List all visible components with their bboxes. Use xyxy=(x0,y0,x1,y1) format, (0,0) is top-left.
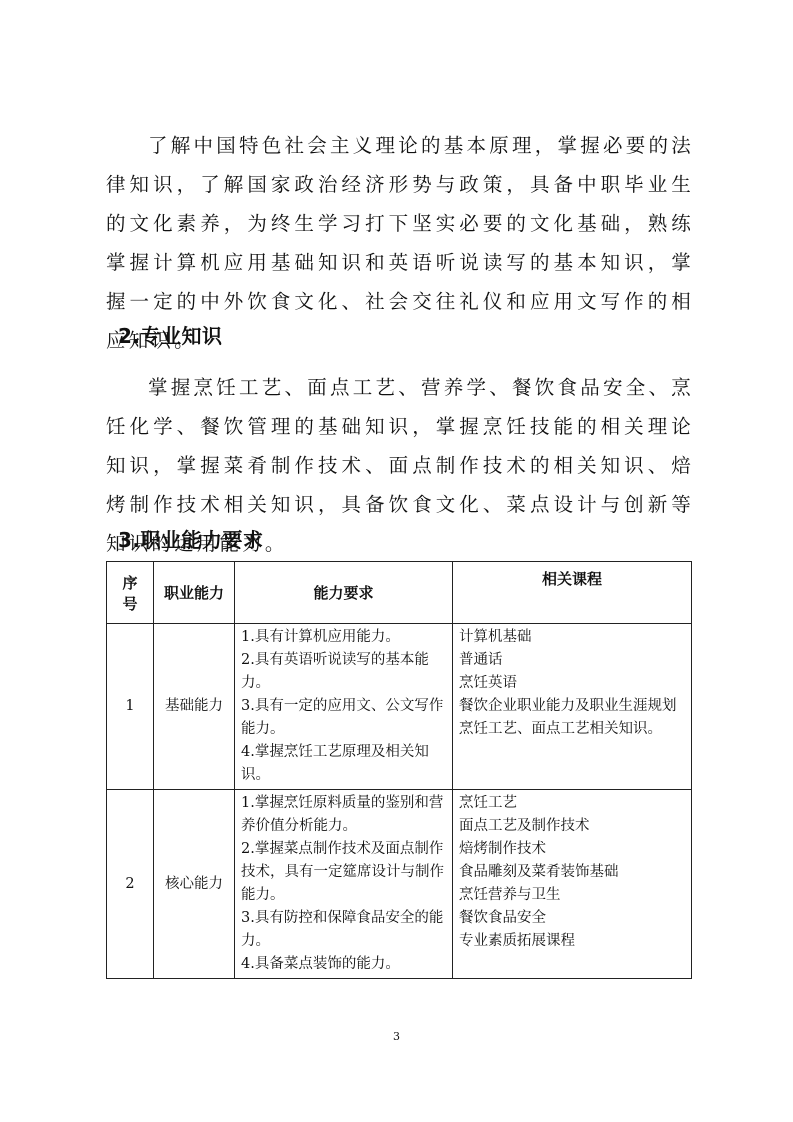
header-requirements: 能力要求 xyxy=(235,562,453,624)
table-row: 1 基础能力 1.具有计算机应用能力。 2.具有英语听说读写的基本能力。 3.具… xyxy=(107,624,692,790)
header-index-line2: 号 xyxy=(113,593,147,614)
requirement-item: 3.具有一定的应用文、公文写作能力。 xyxy=(241,695,446,741)
header-courses: 相关课程 xyxy=(453,562,692,624)
requirement-item: 2.具有英语听说读写的基本能力。 xyxy=(241,649,446,695)
course-item: 专业素质拓展课程 xyxy=(459,930,685,953)
course-item: 餐饮企业职业能力及职业生涯规划 xyxy=(459,695,685,718)
course-item: 烹饪工艺 xyxy=(459,792,685,815)
course-item: 烹饪工艺、面点工艺相关知识。 xyxy=(459,718,685,741)
requirement-item: 4.掌握烹饪工艺原理及相关知识。 xyxy=(241,741,446,787)
header-index: 序 号 xyxy=(107,562,154,624)
requirement-item: 1.掌握烹饪原料质量的鉴别和营养价值分析能力。 xyxy=(241,792,446,838)
course-item: 烹饪英语 xyxy=(459,672,685,695)
row-courses: 烹饪工艺 面点工艺及制作技术 焙烤制作技术 食品雕刻及菜肴装饰基础 烹饪营养与卫… xyxy=(453,790,692,979)
row-ability: 核心能力 xyxy=(154,790,235,979)
table-row: 2 核心能力 1.掌握烹饪原料质量的鉴别和营养价值分析能力。 2.掌握菜点制作技… xyxy=(107,790,692,979)
section-heading-professional-knowledge: 2.专业知识 xyxy=(118,320,223,349)
requirement-item: 3.具有防控和保障食品安全的能力。 xyxy=(241,907,446,953)
row-index: 2 xyxy=(107,790,154,979)
table-header-row: 序 号 职业能力 能力要求 相关课程 xyxy=(107,562,692,624)
row-ability: 基础能力 xyxy=(154,624,235,790)
section-heading-vocational-ability: 3.职业能力要求 xyxy=(118,524,264,553)
course-item: 普通话 xyxy=(459,649,685,672)
vocational-ability-table: 序 号 职业能力 能力要求 相关课程 1 基础能力 1.具有计算机应用能力。 2… xyxy=(106,561,692,979)
row-requirements: 1.具有计算机应用能力。 2.具有英语听说读写的基本能力。 3.具有一定的应用文… xyxy=(235,624,453,790)
course-item: 面点工艺及制作技术 xyxy=(459,815,685,838)
header-ability: 职业能力 xyxy=(154,562,235,624)
requirement-item: 4.具备菜点装饰的能力。 xyxy=(241,953,446,976)
row-index: 1 xyxy=(107,624,154,790)
course-item: 食品雕刻及菜肴装饰基础 xyxy=(459,861,685,884)
course-item: 焙烤制作技术 xyxy=(459,838,685,861)
header-index-line1: 序 xyxy=(113,572,147,593)
course-item: 计算机基础 xyxy=(459,626,685,649)
page-number: 3 xyxy=(0,1030,793,1043)
row-requirements: 1.掌握烹饪原料质量的鉴别和营养价值分析能力。 2.掌握菜点制作技术及面点制作技… xyxy=(235,790,453,979)
requirement-item: 1.具有计算机应用能力。 xyxy=(241,626,446,649)
requirement-item: 2.掌握菜点制作技术及面点制作技术，具有一定筵席设计与制作能力。 xyxy=(241,838,446,907)
course-item: 餐饮食品安全 xyxy=(459,907,685,930)
course-item: 烹饪营养与卫生 xyxy=(459,884,685,907)
row-courses: 计算机基础 普通话 烹饪英语 餐饮企业职业能力及职业生涯规划 烹饪工艺、面点工艺… xyxy=(453,624,692,790)
